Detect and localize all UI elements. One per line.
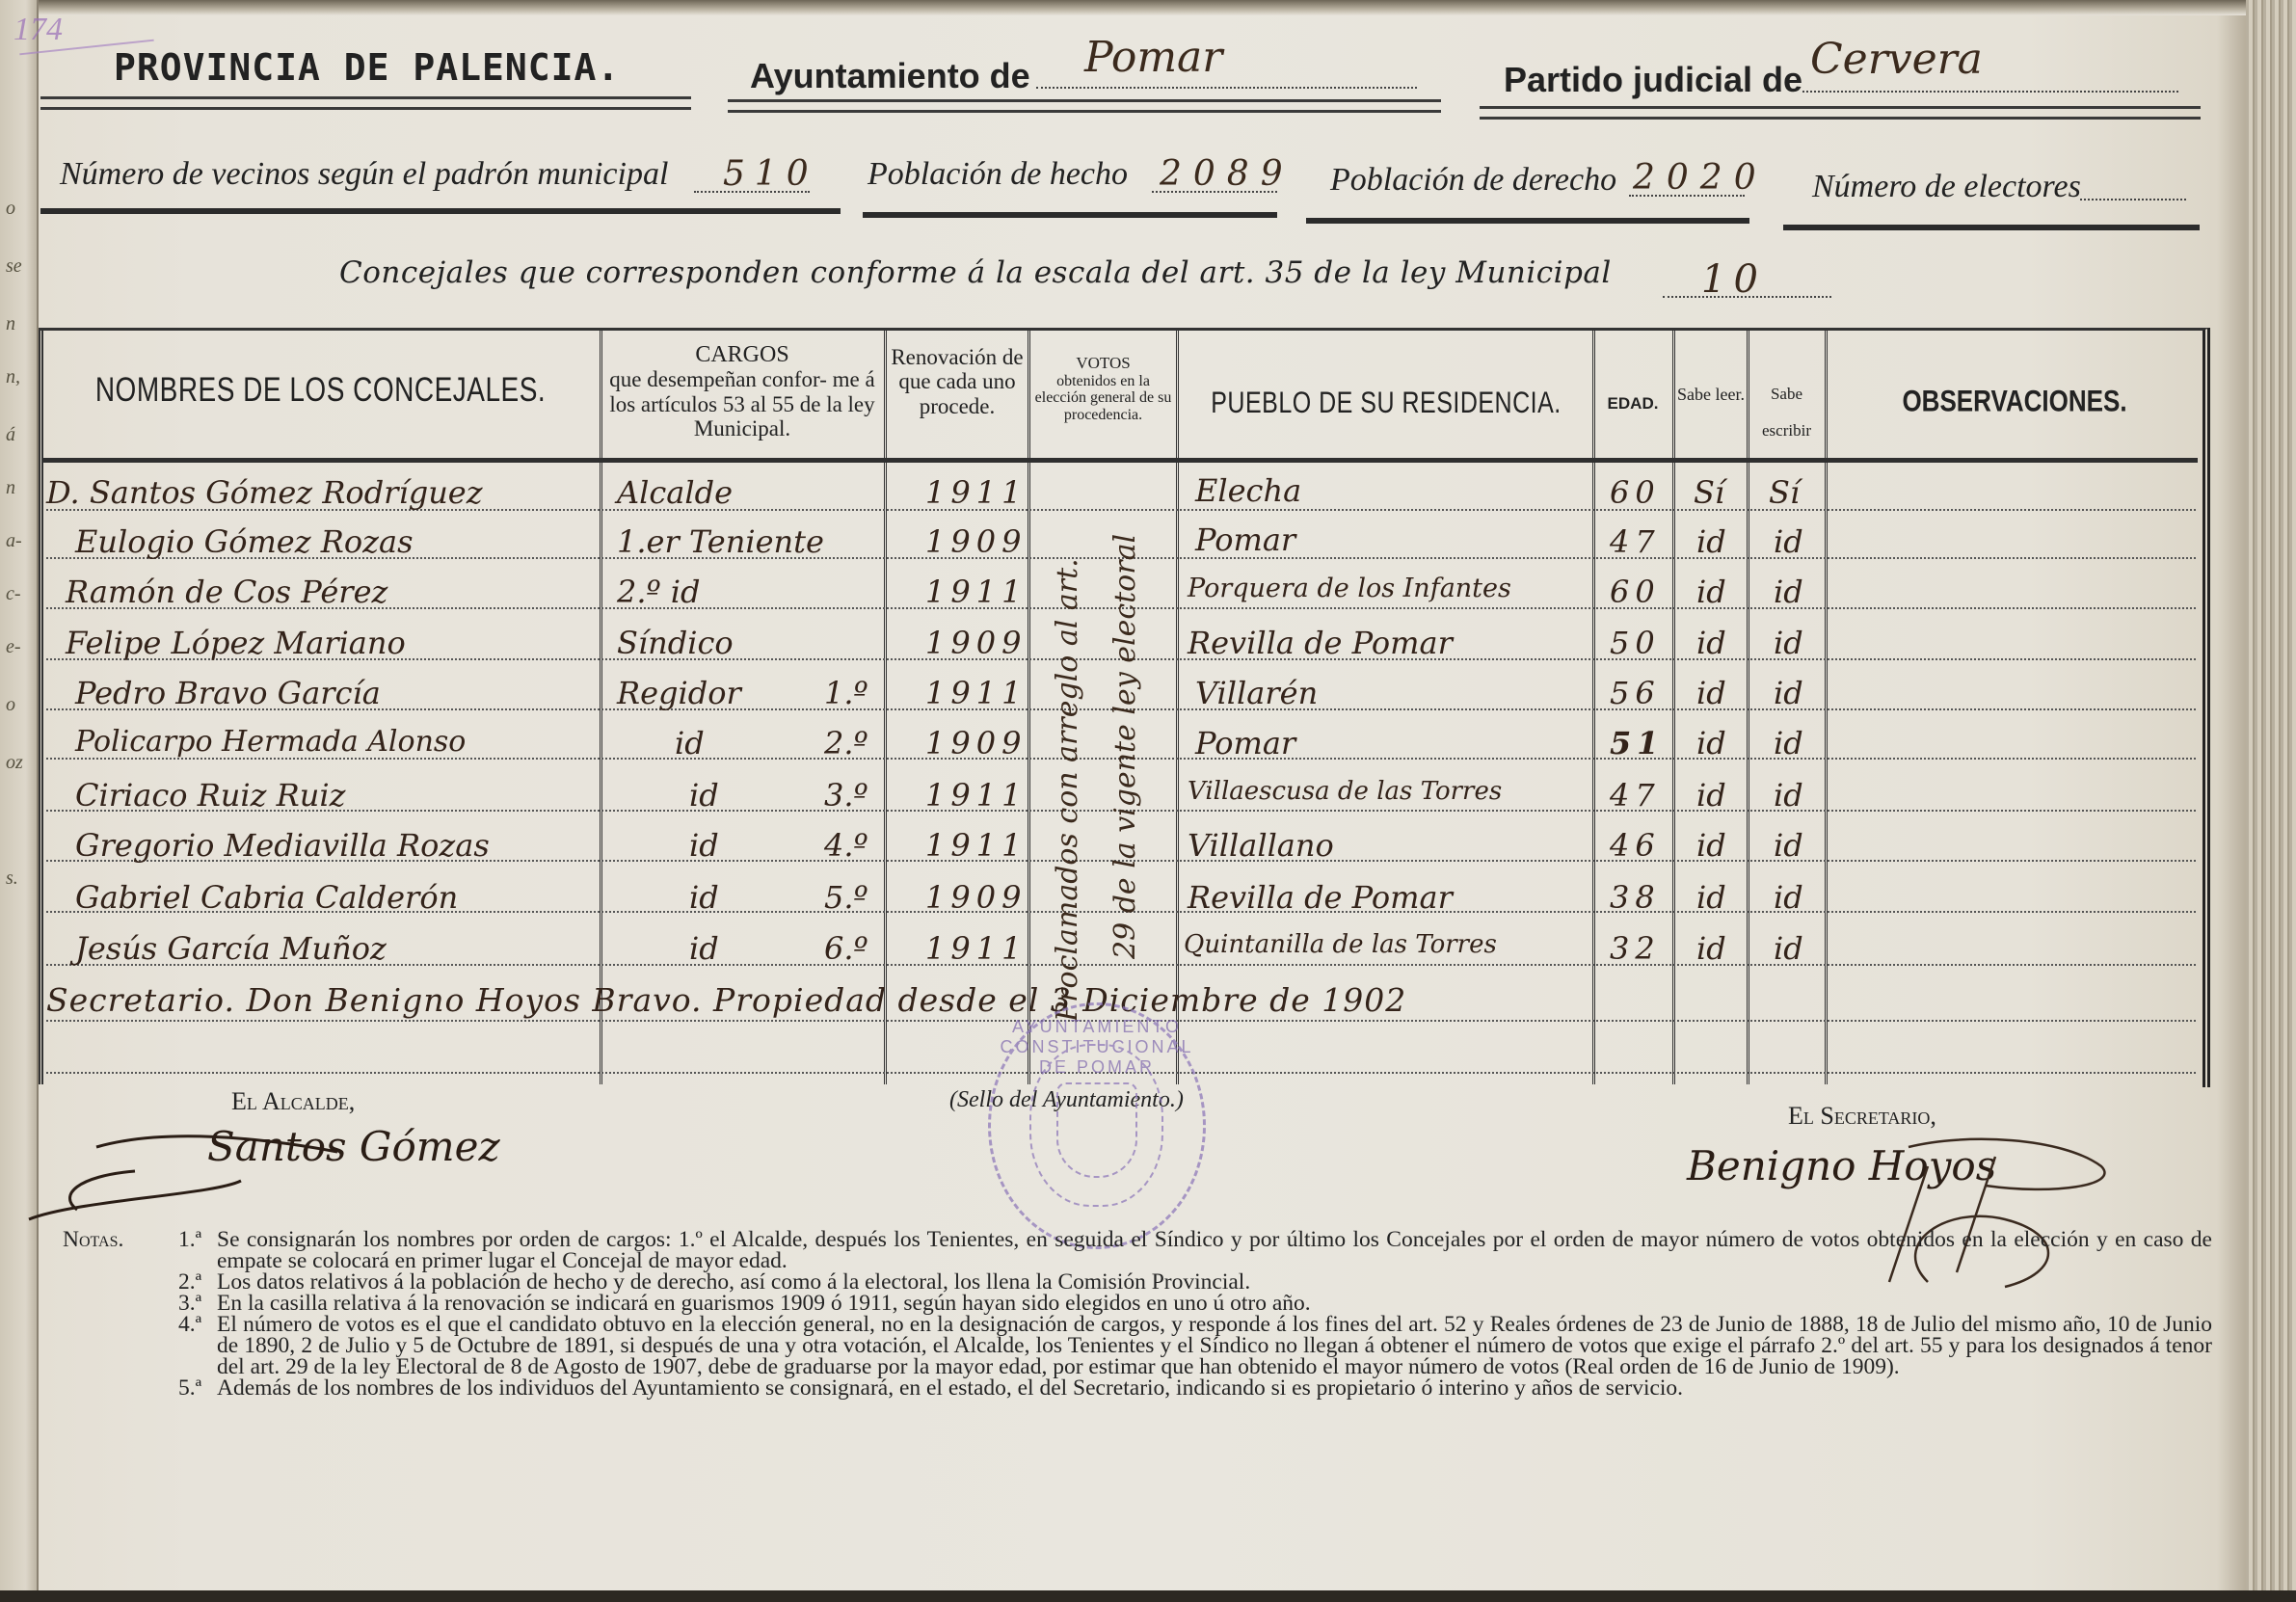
cell-edad: 51 <box>1610 725 1665 761</box>
partido-field: Cervera <box>1802 56 2178 93</box>
page-bottom-edge <box>0 1590 2296 1602</box>
cell-nombre: Ciriaco Ruiz Ruiz <box>75 777 345 814</box>
cell-orden: 5.º <box>824 879 868 916</box>
hecho-value: 2089 <box>1160 154 1295 194</box>
coat-of-arms-icon <box>1056 1082 1137 1178</box>
cell-pueblo: Elecha <box>1195 472 1301 509</box>
cell-escribir: id <box>1774 725 1803 761</box>
cell-pueblo: Villarén <box>1195 675 1318 711</box>
note-item: 2.ª Los datos relativos á la población d… <box>63 1271 2212 1293</box>
gutter-fragment: o <box>6 694 15 716</box>
cell-pueblo: Pomar <box>1195 725 1295 761</box>
cell-leer: id <box>1696 879 1726 916</box>
cell-pueblo: Quintanilla de las Torres <box>1184 930 1497 959</box>
cell-edad: 47 <box>1610 777 1661 814</box>
note-number: 1.ª <box>178 1229 201 1250</box>
header-votos-title: VOTOS <box>1033 355 1173 373</box>
cell-orden: 1.º <box>824 675 868 711</box>
gutter-fragment: se <box>6 255 22 278</box>
partido-label: Partido judicial de <box>1504 60 1802 100</box>
header-rule <box>728 99 1441 113</box>
cell-pueblo: Porquera de los Infantes <box>1188 574 1511 603</box>
header-observaciones: OBSERVACIONES. <box>1831 385 2198 417</box>
cell-escribir: id <box>1774 879 1803 916</box>
header-votos: VOTOS obtenidos en la elección general d… <box>1033 355 1173 423</box>
column-divider <box>39 328 43 1084</box>
note-number: 5.ª <box>178 1377 201 1399</box>
cell-cargo: id <box>689 879 719 916</box>
cell-nombre: Gabriel Cabria Calderón <box>75 879 458 916</box>
note-number: 2.ª <box>178 1271 201 1293</box>
header-votos-sub: obtenidos en la elección general de su p… <box>1033 373 1173 424</box>
note-item: 4.ª El número de votos es el que el cand… <box>63 1314 2212 1377</box>
cell-renovacion: 1911 <box>925 574 1027 610</box>
gutter-fragment: n, <box>6 366 20 388</box>
cell-pueblo: Villallano <box>1188 827 1334 864</box>
concejales-field: 10 <box>1663 275 1831 298</box>
cell-leer: id <box>1696 777 1726 814</box>
secretario-row: Secretario. Don Benigno Hoyos Bravo. Pro… <box>46 981 1406 1019</box>
cell-nombre: Felipe López Mariano <box>66 625 406 661</box>
gutter-fragment: oz <box>6 752 23 774</box>
gutter-fragment: a- <box>6 530 22 552</box>
cell-edad: 47 <box>1610 523 1661 560</box>
cell-cargo: id <box>689 827 719 864</box>
cell-cargo: id <box>689 777 719 814</box>
cell-cargo: Regidor <box>617 675 741 711</box>
gutter-fragment: á <box>6 424 15 446</box>
hecho-field: 2089 <box>1152 164 1277 193</box>
cell-edad: 60 <box>1610 474 1661 511</box>
cell-leer: id <box>1696 827 1726 864</box>
cell-leer: Sí <box>1694 474 1724 511</box>
cell-cargo: id <box>689 930 719 967</box>
cell-renovacion: 1909 <box>925 879 1027 916</box>
cell-leer: id <box>1696 625 1726 661</box>
gutter-fragment: c- <box>6 583 21 605</box>
derecho-label: Población de derecho <box>1330 162 1616 199</box>
header-cargos-sub: que desempeñan confor- me á los artículo… <box>603 367 881 441</box>
cell-escribir: id <box>1774 777 1803 814</box>
header-nombres: NOMBRES DE LOS CONCEJALES. <box>48 372 593 409</box>
cell-edad: 56 <box>1610 675 1661 711</box>
gutter-fragment: e- <box>6 636 21 658</box>
header-cargos: CARGOS que desempeñan confor- me á los a… <box>603 342 881 441</box>
cell-leer: id <box>1696 725 1726 761</box>
note-text: Los datos relativos á la población de he… <box>217 1271 2212 1293</box>
cell-renovacion: 1911 <box>925 474 1027 511</box>
vecinos-field: 510 <box>694 164 810 193</box>
cell-escribir: id <box>1774 675 1803 711</box>
cell-orden: 3.º <box>824 777 868 814</box>
cell-nombre: Pedro Bravo García <box>75 675 381 711</box>
note-text: Además de los nombres de los individuos … <box>217 1377 2212 1399</box>
column-divider <box>1825 328 1828 1084</box>
cell-nombre: Jesús García Muñoz <box>75 930 387 967</box>
cell-renovacion: 1911 <box>925 777 1027 814</box>
gutter-fragment: s. <box>6 868 18 890</box>
header-renovacion: Renovación de que cada uno procede. <box>891 345 1024 418</box>
cell-nombre: Policarpo Hermada Alonso <box>75 725 466 759</box>
note-item: 1.ª Se consignarán los nombres por orden… <box>63 1229 2212 1271</box>
column-divider <box>1028 328 1030 1084</box>
column-divider <box>884 328 887 1084</box>
cell-orden: 4.º <box>824 827 868 864</box>
column-divider <box>1747 328 1749 1084</box>
cell-leer: id <box>1696 930 1726 967</box>
cell-renovacion: 1909 <box>925 523 1027 560</box>
secretario-label: El Secretario, <box>1788 1102 1936 1131</box>
header-sabe-escribir: Sabe escribir <box>1750 376 1823 449</box>
header-edad: EDAD. <box>1595 395 1670 414</box>
cell-renovacion: 1911 <box>925 827 1027 864</box>
gutter-fragment: o <box>6 198 15 220</box>
note-number: 4.ª <box>178 1314 201 1335</box>
cell-renovacion: 1911 <box>925 675 1027 711</box>
cell-cargo: id <box>675 725 705 761</box>
cell-cargo: 2.º id <box>617 574 700 610</box>
column-divider <box>1592 328 1595 1084</box>
ayuntamiento-field: Pomar <box>1036 50 1417 89</box>
note-text: El número de votos es el que el candidat… <box>217 1314 2212 1377</box>
alcalde-flourish <box>19 1118 366 1234</box>
cell-pueblo: Villaescusa de las Torres <box>1188 777 1502 806</box>
page-stack-edge <box>2246 0 2296 1602</box>
partido-value: Cervera <box>1810 35 1983 84</box>
note-text: Se consignarán los nombres por orden de … <box>217 1229 2212 1271</box>
cell-escribir: id <box>1774 523 1803 560</box>
cell-escribir: id <box>1774 827 1803 864</box>
cell-cargo: Síndico <box>617 625 734 661</box>
header-pueblo: PUEBLO DE SU RESIDENCIA. <box>1184 387 1589 420</box>
column-divider <box>600 328 602 1084</box>
gutter-fragment: n <box>6 477 15 499</box>
left-gutter: o se n n, á n a- c- e- o oz s. <box>0 0 39 1602</box>
pencil-annotation: 174 <box>13 12 63 48</box>
note-item: 5.ª Además de los nombres de los individ… <box>63 1377 2212 1399</box>
note-text: En la casilla relativa á la renovación s… <box>217 1293 2212 1314</box>
cell-escribir: id <box>1774 574 1803 610</box>
electores-label: Número de electores <box>1812 169 2081 205</box>
cell-edad: 46 <box>1610 827 1661 864</box>
header-sabe-leer: Sabe leer. <box>1677 376 1745 413</box>
derecho-field: 2020 <box>1629 170 1745 197</box>
cell-pueblo: Revilla de Pomar <box>1188 625 1453 661</box>
cell-leer: id <box>1696 574 1726 610</box>
cell-pueblo: Revilla de Pomar <box>1188 879 1453 916</box>
gutter-fragment: n <box>6 313 15 335</box>
cell-renovacion: 1911 <box>925 930 1027 967</box>
cell-nombre: Ramón de Cos Pérez <box>66 574 387 610</box>
cell-orden: 2.º <box>824 725 868 761</box>
notes-section: Notas. 1.ª Se consignarán los nombres po… <box>63 1229 2212 1399</box>
cell-edad: 32 <box>1610 930 1661 967</box>
cell-nombre: Gregorio Mediavilla Rozas <box>75 827 490 864</box>
document-page: o se n n, á n a- c- e- o oz s. 174 PROVI… <box>0 0 2296 1602</box>
cell-renovacion: 1909 <box>925 625 1027 661</box>
cell-leer: id <box>1696 675 1726 711</box>
stats-rule <box>40 208 841 214</box>
stats-rule <box>863 212 1277 218</box>
derecho-value: 2020 <box>1633 158 1768 198</box>
note-number: 3.ª <box>178 1293 201 1314</box>
votos-note-line-1: Proclamados con arreglo al art. <box>1051 558 1084 1022</box>
header-rule <box>40 96 691 110</box>
alcalde-label: El Alcalde, <box>231 1087 355 1116</box>
ayuntamiento-label: Ayuntamiento de <box>750 56 1030 96</box>
municipal-seal-stamp: AYUNTAMIENTO CONSTITUCIONAL DE POMAR <box>988 1002 1206 1249</box>
cell-escribir: id <box>1774 625 1803 661</box>
concejales-label: Concejales que corresponden conforme á l… <box>339 255 1612 290</box>
province-title: PROVINCIA DE PALENCIA. <box>114 46 620 89</box>
cell-cargo: 1.er Teniente <box>617 523 824 560</box>
cell-orden: 6.º <box>824 930 868 967</box>
column-divider <box>1176 328 1179 1084</box>
votos-note-line-2: 29 de la vigente ley electoral <box>1108 534 1142 959</box>
page-top-edge <box>37 0 2246 15</box>
cell-escribir: id <box>1774 930 1803 967</box>
stats-rule <box>1783 225 2200 230</box>
ayuntamiento-value: Pomar <box>1084 33 1222 82</box>
header-rule <box>1480 106 2201 120</box>
header-separator <box>43 458 2198 463</box>
cell-cargo: Alcalde <box>617 474 733 511</box>
cell-edad: 50 <box>1610 625 1661 661</box>
electores-field <box>2080 175 2186 200</box>
note-item: 3.ª En la casilla relativa á la renovaci… <box>63 1293 2212 1314</box>
cell-renovacion: 1909 <box>925 725 1027 761</box>
cell-escribir: Sí <box>1769 474 1800 511</box>
cell-edad: 38 <box>1610 879 1661 916</box>
column-divider <box>1672 328 1675 1084</box>
stats-rule <box>1306 218 1749 224</box>
cell-edad: 60 <box>1610 574 1661 610</box>
votos-vertical-note: Proclamados con arreglo al art. 29 de la… <box>1041 487 1176 1027</box>
vecinos-value: 510 <box>723 154 818 194</box>
cell-nombre: D. Santos Gómez Rodríguez <box>46 474 483 511</box>
cell-pueblo: Pomar <box>1195 521 1295 558</box>
concejales-value: 10 <box>1701 257 1766 302</box>
vecinos-label: Número de vecinos según el padrón munici… <box>60 156 668 193</box>
cell-leer: id <box>1696 523 1726 560</box>
hecho-label: Población de hecho <box>868 156 1128 193</box>
header-cargos-title: CARGOS <box>603 342 881 367</box>
cell-nombre: Eulogio Gómez Rozas <box>75 523 413 560</box>
